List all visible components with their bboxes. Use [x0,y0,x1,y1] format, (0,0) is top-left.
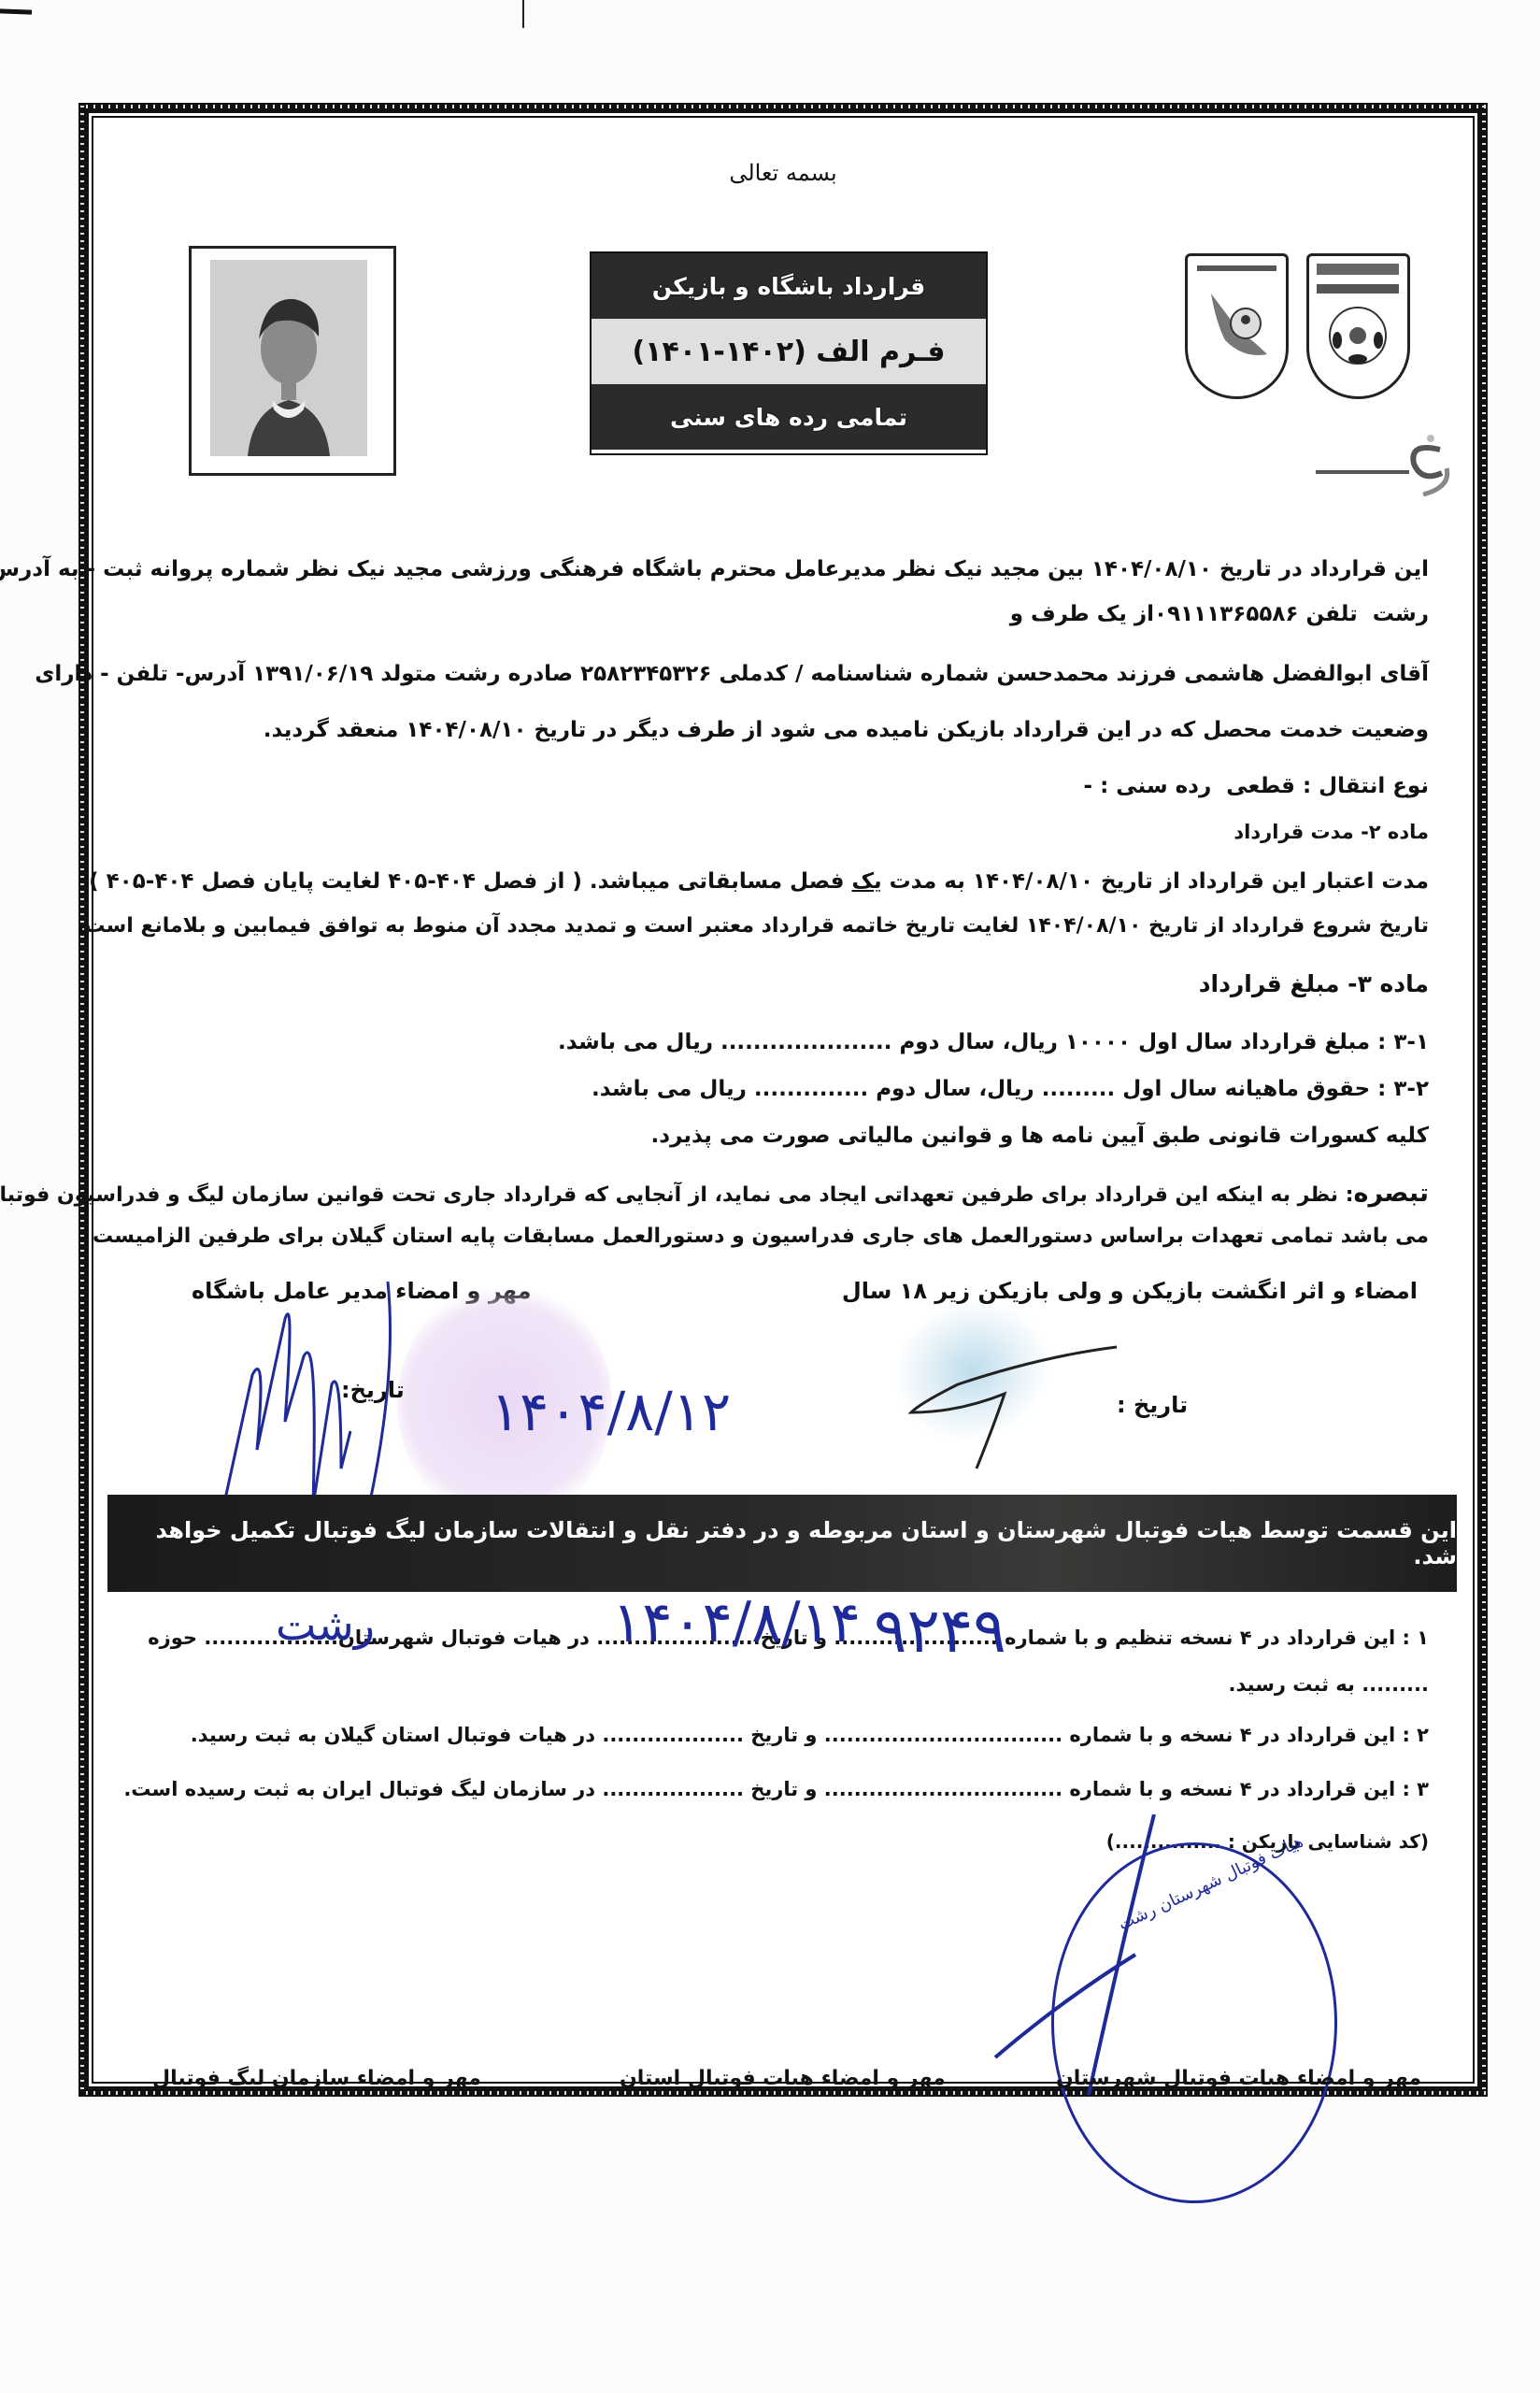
registration-city-handwritten: رشت [276,1599,375,1650]
player-date-label: تاریخ : [1117,1392,1188,1418]
article2-title: ماده ۲- مدت قرارداد [117,820,1429,845]
registration-item-2: ۲ : این قرارداد در ۴ نسخه و با شماره ...… [117,1723,1429,1748]
form-title-box: قرارداد باشگاه و بازیکن فـرم الف (۱۴۰۲-۱… [590,251,988,455]
club-city: رشت [1373,602,1429,626]
registration-item-1-cont: ......... به ثبت رسید. [117,1672,1429,1698]
club-handwritten-date: ۱۴۰۴/۸/۱۲ [491,1380,731,1443]
club-date-label: تاریخ: [341,1377,405,1403]
portrait-icon [210,260,367,456]
article3-item2: ۳-۲ : حقوق ماهیانه سال اول ......... ریا… [117,1076,1429,1104]
issued-city: رشت [444,662,500,686]
club-phone: ۰۹۱۱۱۳۶۵۵۸۶ [1154,602,1298,626]
player-photo [189,246,396,476]
gilan-football-board-logo [1185,253,1289,399]
article3-item1: ۳-۱ : مبلغ قرارداد سال اول ۱۰۰۰۰ ریال، س… [117,1029,1429,1057]
intro-line-3: آقای ابوالفضل هاشمی فرزند محمدحسن شماره … [117,661,1429,689]
gilan-map-ball-icon [1188,256,1286,396]
article2-start: تاریخ شروع قرارداد از تاریخ ۱۴۰۴/۰۸/۱۰ ل… [117,913,1429,940]
player-photo-image [210,260,367,456]
manager-name: مجید نیک نظر [894,557,1040,581]
contract-document: بسمه تعالی قرارداد باشگاه و بازیکن فـرم … [78,103,1488,2097]
player-signature-label: امضاء و اثر انگشت بازیکن و ولی بازیکن زی… [842,1278,1418,1304]
club-name: مجید نیک نظر [297,557,443,581]
concluded-date: ۱۴۰۴/۰۸/۱۰ [406,718,526,742]
scan-artifact-mark [0,8,32,14]
form-title: قرارداد باشگاه و بازیکن [592,253,986,319]
intro-line-2: رشت تلفن ۰۹۱۱۱۳۶۵۵۸۶از یک طرف و [117,601,1429,629]
league-organization-logo [1311,431,1451,496]
deductions-line: کلیه کسورات قانونی طبق آیین نامه ها و قو… [117,1123,1429,1151]
logos-area [1171,253,1451,496]
form-version: فـرم الف (۱۴۰۲-۱۴۰۱) [592,319,986,384]
birth-date: ۱۳۹۱/۰۶/۱۹ [252,662,373,686]
scan-artifact-line [522,0,524,28]
service-status: محصل [1203,718,1272,742]
registration-banner: این قسمت توسط هیات فوتبال شهرستان و استا… [107,1495,1457,1592]
registration-date-handwritten: ۱۴۰۴/۸/۱۴ [612,1590,861,1655]
league-swirl-icon [1311,431,1451,496]
federation-ball-icon [1309,256,1407,396]
national-id: ۲۵۸۲۳۴۵۳۲۶ [580,662,711,686]
article3-title: ماده ۳- مبلغ قرارداد [117,969,1429,1000]
transfer-type: قطعی [1226,774,1295,798]
note-line-2: می باشد تمامی تعهدات براساس دستورالعمل ه… [117,1224,1429,1251]
contract-date: ۱۴۰۴/۰۸/۱۰ [1091,557,1212,581]
registration-item-3: ۳ : این قرارداد در ۴ نسخه و با شماره ...… [117,1777,1429,1802]
province-board-signature-label: مهر و امضاء هیات فوتبال استان [620,2067,946,2090]
intro-line-4: وضعیت خدمت محصل که در این قرارداد بازیکن… [117,717,1429,745]
federation-logo [1306,253,1410,399]
age-group: - [1084,774,1093,798]
city-board-signature [986,1814,1229,2095]
player-signature [902,1338,1126,1478]
form-scope: تمامی رده های سنی [592,384,986,450]
league-org-signature-label: مهر و امضاء سازمان لیگ فوتبال [152,2067,481,2090]
father-name: محمدحسن [996,662,1108,686]
city-board-signature-label: مهر و امضاء هیات فوتبال شهرستان [1056,2067,1421,2090]
note-line-1: تبصره: نظر به اینکه این قرارداد برای طرف… [117,1177,1429,1210]
transfer-type-line: نوع انتقال : قطعی رده سنی : - [117,773,1429,801]
note-label: تبصره [1354,1179,1430,1208]
player-name: ابوالفضل هاشمی [1184,662,1372,686]
article2-validity: مدت اعتبار این قرارداد از تاریخ ۱۴۰۴/۰۸/… [117,868,1429,896]
bismillah-heading: بسمه تعالی [89,160,1477,186]
registration-number-handwritten: ۹۲۴۹ [874,1595,1006,1667]
intro-line-1: این قرارداد در تاریخ ۱۴۰۴/۰۸/۱۰ بین مجید… [117,556,1429,584]
